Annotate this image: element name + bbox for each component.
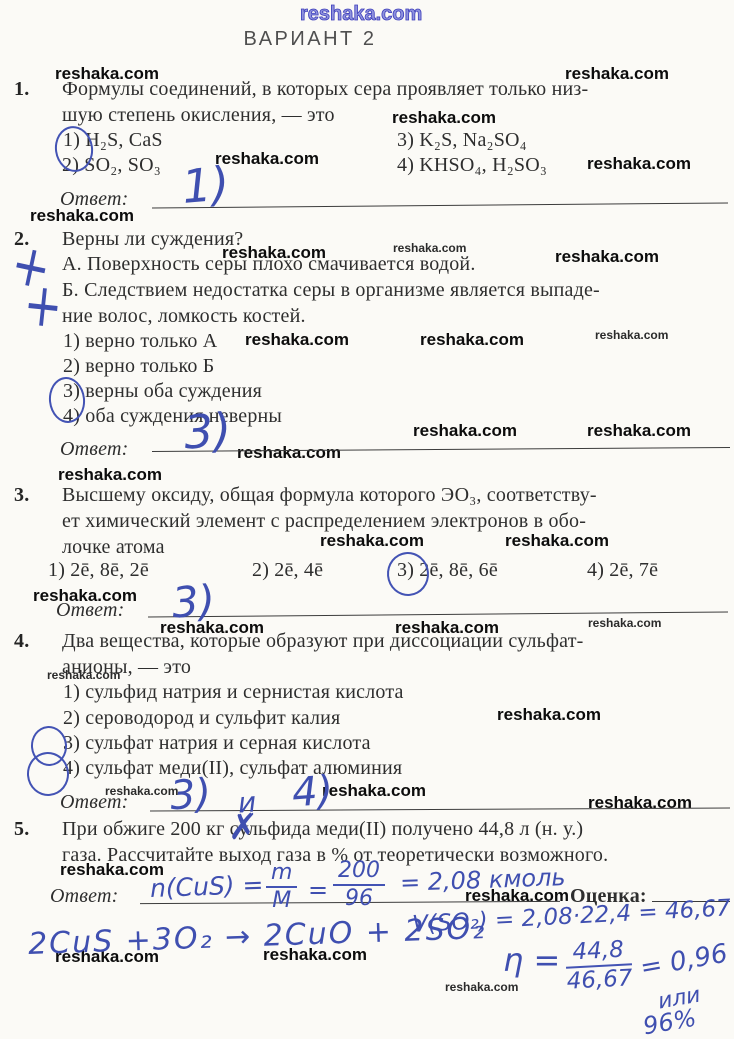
fraction-denominator: 96 xyxy=(333,886,385,910)
handwritten-fraction-yield: 44,8 46,67 xyxy=(565,938,633,993)
question-1-option-3: 3) K₂S, Na₂SO₄ xyxy=(397,129,527,152)
question-3-option-2: 2) 2ē, 4ē xyxy=(252,559,323,582)
watermark: reshaka.com xyxy=(587,154,691,174)
question-2-option-4: 4) оба суждения неверны xyxy=(63,405,282,428)
question-3-text-line: Высшему оксиду, общая формула которого Э… xyxy=(62,484,597,507)
watermark: reshaka.com xyxy=(420,330,524,350)
watermark: reshaka.com xyxy=(320,531,424,551)
question-4-text-line: Два вещества, которые образуют при диссо… xyxy=(62,630,584,653)
question-2-option-1: 1) верно только А xyxy=(63,330,217,353)
watermark: reshaka.com xyxy=(595,328,668,342)
watermark: reshaka.com xyxy=(300,3,422,26)
handwritten-percent: 96% xyxy=(641,1006,698,1039)
question-2-text-line: ние волос, ломкость костей. xyxy=(62,305,306,328)
answer-label-3: Ответ: xyxy=(56,599,125,622)
question-3-option-4: 4) 2ē, 7ē xyxy=(587,559,658,582)
question-1-number: 1. xyxy=(14,78,29,101)
answer-line-1 xyxy=(152,202,728,208)
watermark: reshaka.com xyxy=(497,705,601,725)
watermark: reshaka.com xyxy=(588,616,661,630)
watermark: reshaka.com xyxy=(245,330,349,350)
handwritten-fraction-m-M: m M xyxy=(266,862,297,912)
question-1-text-line: Формулы соединений, в которых сера прояв… xyxy=(62,78,588,101)
watermark: reshaka.com xyxy=(505,531,609,551)
answer-label-2: Ответ: xyxy=(60,438,129,461)
question-4-option-1: 1) сульфид натрия и сернистая кислота xyxy=(63,681,404,704)
question-4-option-3: 3) сульфат натрия и серная кислота xyxy=(63,732,371,755)
handwritten-mol-result: = 2,08 кмоль xyxy=(400,865,566,895)
watermark: reshaka.com xyxy=(555,247,659,267)
watermark: reshaka.com xyxy=(392,108,496,128)
handwritten-eta-result: = 0,96 xyxy=(638,941,729,982)
plus-mark-statement-b: + xyxy=(21,273,66,337)
watermark: reshaka.com xyxy=(445,980,518,994)
question-3-number: 3. xyxy=(14,484,29,507)
answer-label-4: Ответ: xyxy=(60,791,129,814)
handwritten-answer-q4-part1: 3) xyxy=(169,774,213,817)
watermark: reshaka.com xyxy=(588,793,692,813)
question-3-text-line: ет химический элемент с распределением э… xyxy=(62,510,586,533)
fraction-numerator: 200 xyxy=(333,860,385,886)
question-3-option-1: 1) 2ē, 8ē, 2ē xyxy=(48,559,149,582)
handwritten-answer-q3: 3) xyxy=(171,580,217,625)
question-1-option-4: 4) KHSO₄, H₂SO₃ xyxy=(397,154,547,177)
question-3-text-line: лочке атома xyxy=(62,536,165,559)
watermark: reshaka.com xyxy=(413,421,517,441)
question-4-number: 4. xyxy=(14,630,29,653)
question-4-option-2: 2) сероводород и сульфит калия xyxy=(63,707,340,730)
fraction-numerator: 44,8 xyxy=(565,938,632,968)
fraction-denominator: 46,67 xyxy=(566,965,633,993)
fraction-denominator: M xyxy=(266,888,297,912)
question-2-text-line: Верны ли суждения? xyxy=(62,228,243,251)
watermark: reshaka.com xyxy=(587,421,691,441)
handwritten-answer-q4-part2: 4) xyxy=(291,771,335,814)
handwritten-eta-lhs: η = xyxy=(503,944,560,976)
question-2-text-line: А. Поверхность серы плохо смачивается во… xyxy=(62,253,476,276)
answer-label-1: Ответ: xyxy=(60,188,129,211)
watermark: reshaka.com xyxy=(237,443,341,463)
answer-label-5: Ответ: xyxy=(50,885,119,908)
strike-x-over-kg: ✗ xyxy=(228,810,258,846)
watermark: reshaka.com xyxy=(58,465,162,485)
question-5-text-line: При обжиге 200 кг сульфида меди(II) полу… xyxy=(62,818,583,841)
question-1-text-line: шую степень окисления, — это xyxy=(62,104,335,127)
handwritten-answer-q2: 3) xyxy=(182,406,232,455)
fraction-numerator: m xyxy=(266,862,297,888)
question-4-option-4: 4) сульфат меди(II), сульфат алюминия xyxy=(63,757,402,780)
handwritten-fraction-200-96: 200 96 xyxy=(333,860,385,910)
question-2-option-2: 2) верно только Б xyxy=(63,355,214,378)
handwritten-equals: = xyxy=(308,878,328,902)
handwritten-mol-lhs: n(CuS) = xyxy=(150,872,264,901)
circle-annotation-q3-option3 xyxy=(385,550,431,597)
question-2-option-3: 3) верны оба суждения xyxy=(63,380,262,403)
question-2-text-line: Б. Следствием недостатка серы в организм… xyxy=(62,279,600,302)
question-4-text-line: анионы, — это xyxy=(62,656,191,679)
watermark: reshaka.com xyxy=(215,149,319,169)
variant-title: ВАРИАНТ 2 xyxy=(160,28,460,51)
scanned-worksheet-page: reshaka.com reshaka.com reshaka.com resh… xyxy=(0,0,734,1039)
watermark: reshaka.com xyxy=(322,781,426,801)
handwritten-answer-q1: 1) xyxy=(180,160,231,210)
question-5-number: 5. xyxy=(14,818,29,841)
